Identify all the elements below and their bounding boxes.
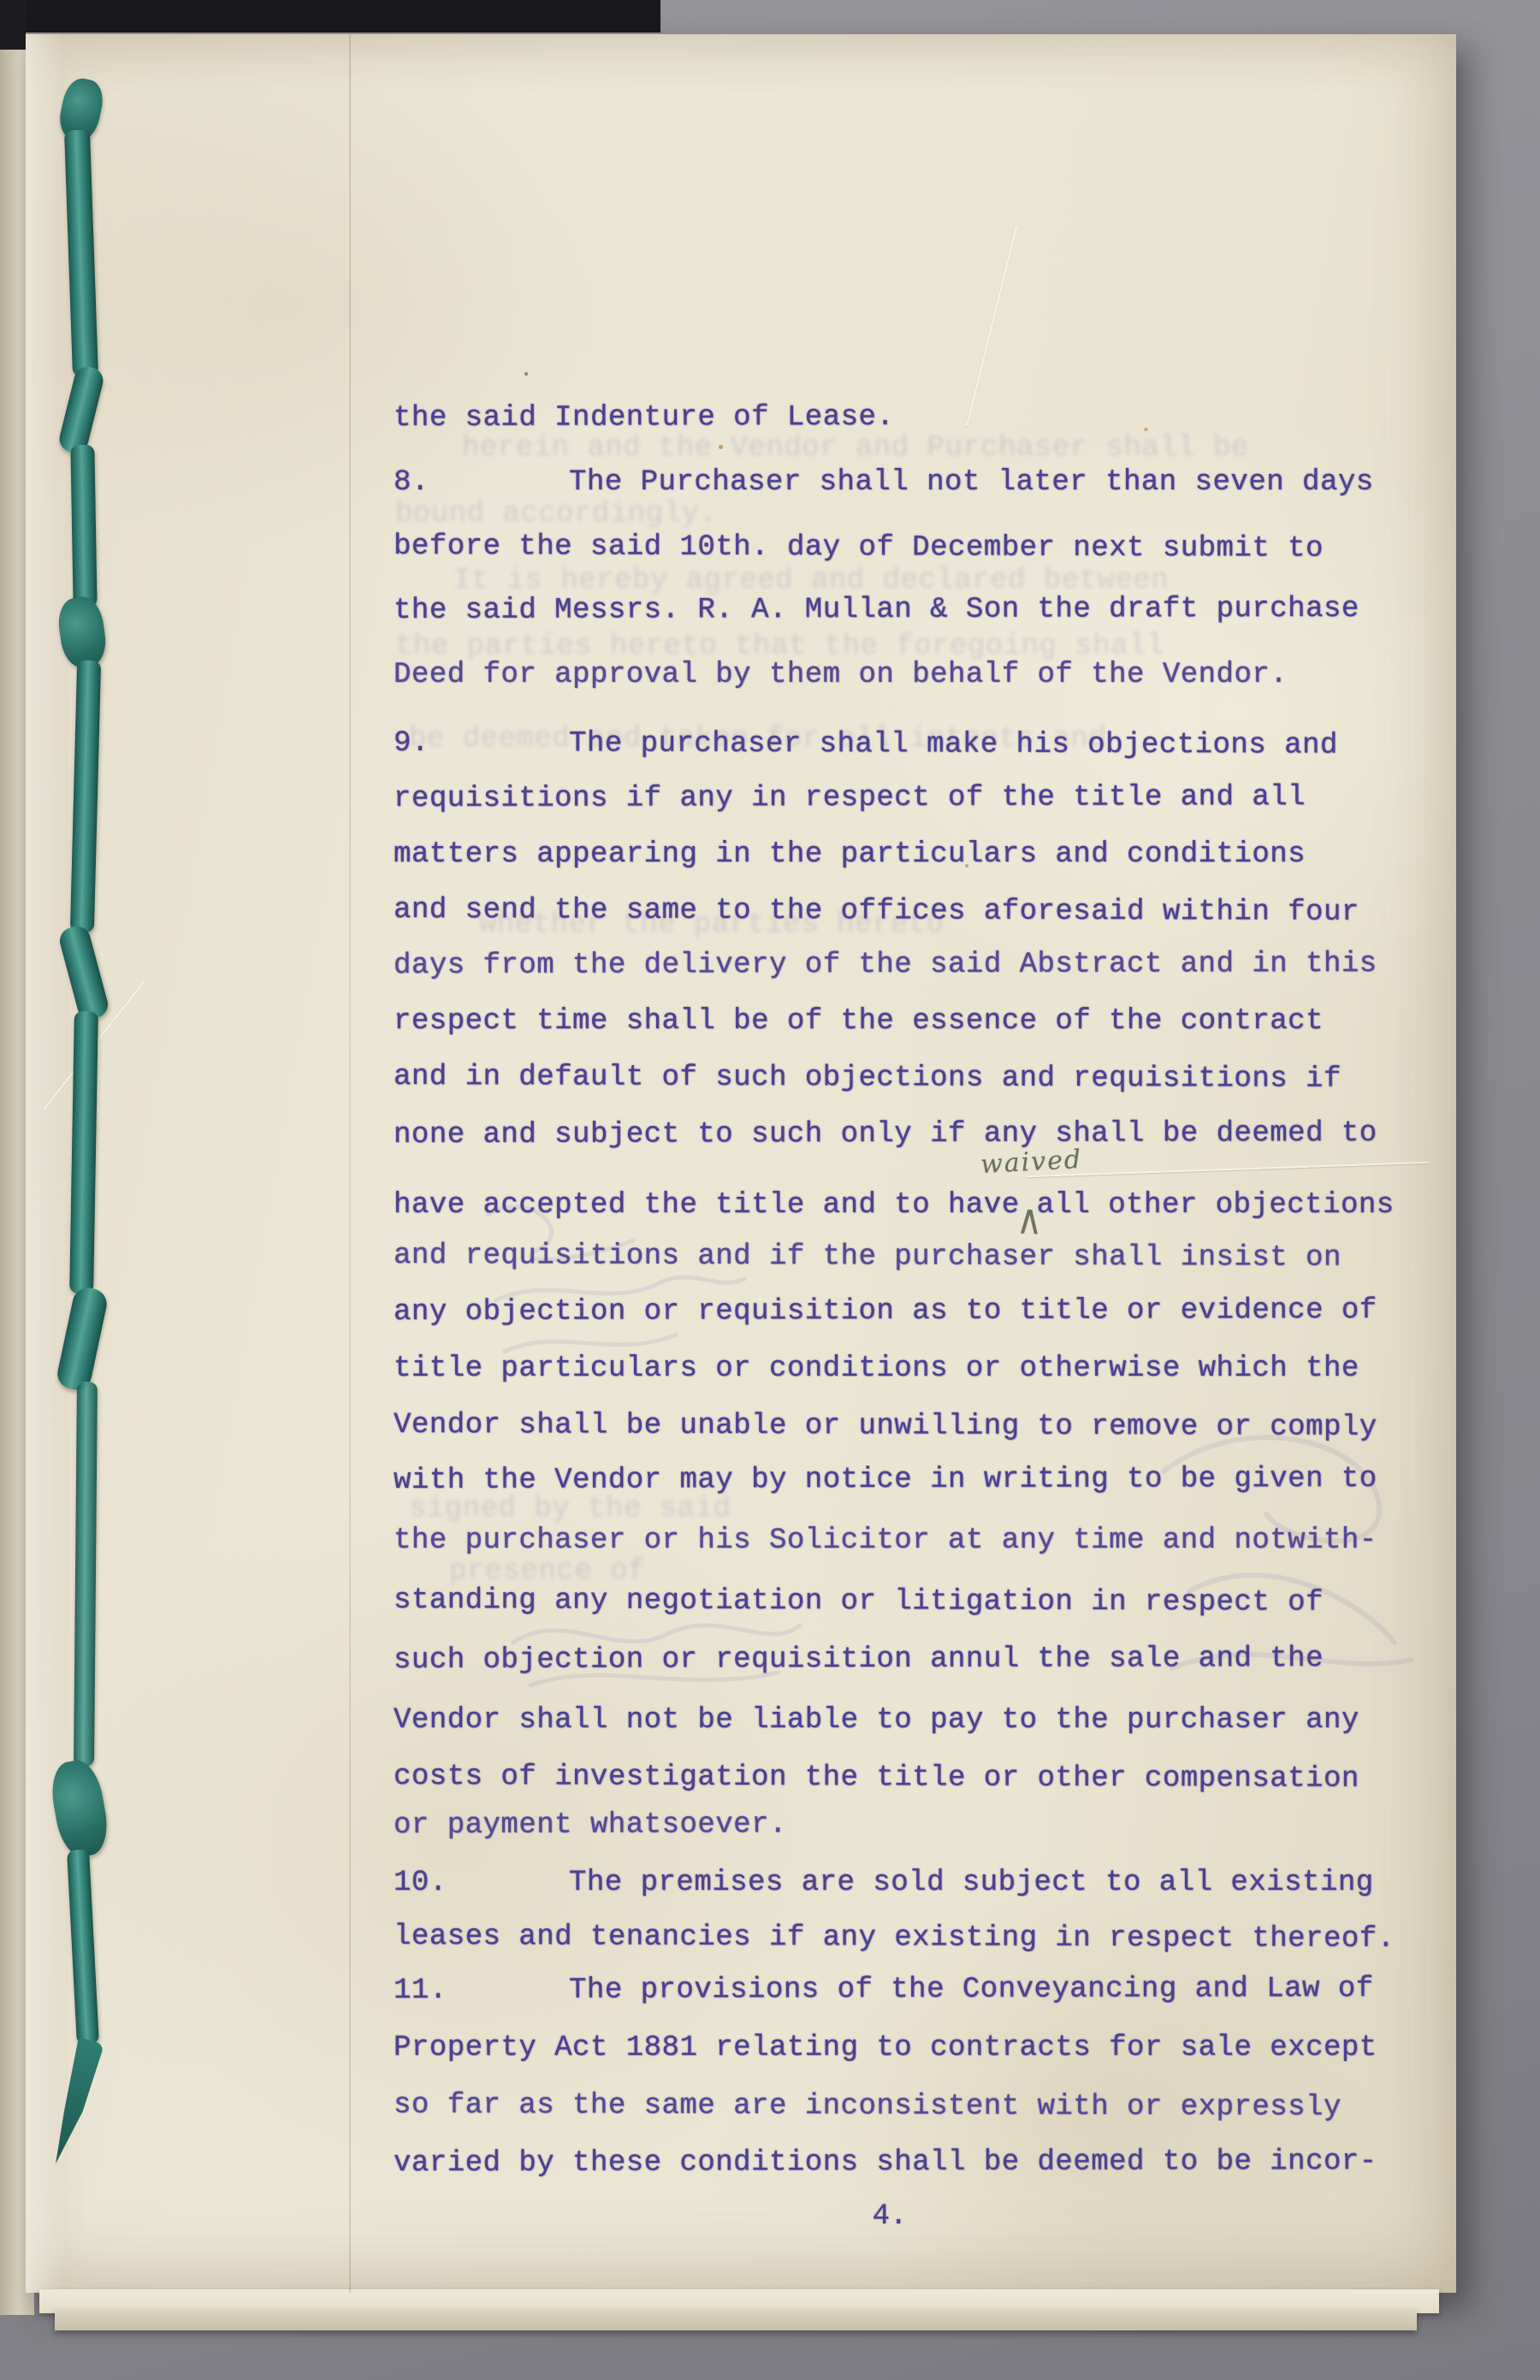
paper-speck bbox=[1144, 428, 1148, 431]
bleed-through-line: herein and the Vendor and Purchaser shal… bbox=[462, 432, 1249, 465]
document-line: leases and tenancies if any existing in … bbox=[394, 1921, 1395, 1956]
ribbon-segment bbox=[74, 1382, 98, 1767]
clause-number: 10. bbox=[394, 1867, 569, 1899]
handwritten-insert: waived bbox=[980, 1145, 1083, 1180]
ribbon-segment bbox=[69, 1011, 98, 1294]
document-line: 8.The Purchaser shall not later than sev… bbox=[394, 466, 1374, 499]
paper-left-highlight bbox=[26, 34, 65, 2293]
document-line: and send the same to the offices aforesa… bbox=[394, 894, 1359, 929]
document-line: the said Indenture of Lease. bbox=[394, 401, 894, 435]
document-line: so far as the same are inconsistent with… bbox=[394, 2089, 1342, 2124]
document-line: none and subject to such only if any sha… bbox=[394, 1117, 1377, 1152]
document-line: before the said 10th. day of December ne… bbox=[394, 530, 1324, 565]
paper-speck bbox=[524, 372, 528, 376]
document-line: requisitions if any in respect of the ti… bbox=[394, 781, 1306, 815]
clause-number: 8. bbox=[394, 466, 569, 499]
document-line: 9.The purchaser shall make his objection… bbox=[394, 727, 1338, 762]
bleed-through-line: It is hereby agreed and declared between bbox=[453, 565, 1169, 597]
document-line: and in default of such objections and re… bbox=[394, 1061, 1342, 1096]
document-line: Vendor shall not be liable to pay to the… bbox=[394, 1704, 1359, 1737]
document-line: any objection or requisition as to title… bbox=[394, 1294, 1377, 1329]
ribbon-segment bbox=[70, 445, 97, 607]
bleed-through-line: presence of bbox=[449, 1555, 646, 1588]
clause-number: 9. bbox=[394, 727, 569, 761]
scanned-document-photo: herein and the Vendor and Purchaser shal… bbox=[0, 0, 1540, 2380]
document-line: respect time shall be of the essence of … bbox=[394, 1005, 1324, 1038]
document-line: days from the delivery of the said Abstr… bbox=[394, 948, 1377, 982]
document-line: with the Vendor may by notice in writing… bbox=[394, 1463, 1377, 1497]
insert-caret: ∧waived bbox=[1020, 1183, 1037, 1212]
document-line: 10.The premises are sold subject to all … bbox=[394, 1867, 1374, 1899]
caret-glyph: ∧ bbox=[1016, 1199, 1044, 1241]
bleed-through-line: signed by the said bbox=[409, 1493, 731, 1525]
document-line: Vendor shall be unable or unwilling to r… bbox=[394, 1409, 1377, 1444]
document-line: Property Act 1881 relating to contracts … bbox=[394, 2032, 1377, 2064]
fold-line bbox=[349, 34, 351, 2293]
document-line: Deed for approval by them on behalf of t… bbox=[394, 659, 1288, 691]
document-line: costs of investigation the title or othe… bbox=[394, 1761, 1359, 1796]
document-line: the said Messrs. R. A. Mullan & Son the … bbox=[394, 593, 1359, 627]
document-line: matters appearing in the particulars and… bbox=[394, 838, 1306, 871]
page-number: 4. bbox=[394, 2200, 1386, 2233]
document-line: and requisitions and if the purchaser sh… bbox=[394, 1240, 1342, 1275]
document-line: the purchaser or his Solicitor at any ti… bbox=[394, 1525, 1377, 1557]
clause-number: 11. bbox=[394, 1974, 569, 2007]
document-line: varied by these conditions shall be deem… bbox=[394, 2146, 1377, 2180]
document-line: title particulars or conditions or other… bbox=[394, 1353, 1359, 1385]
document-line: such objection or requisition annul the … bbox=[394, 1643, 1324, 1677]
document-line: or payment whatsoever. bbox=[394, 1809, 787, 1842]
document-line: 11.The provisions of the Conveyancing an… bbox=[394, 1973, 1374, 2007]
document-line: standing any negotiation or litigation i… bbox=[394, 1584, 1324, 1619]
under-sheet-bottom-2 bbox=[55, 2310, 1417, 2330]
scan-edge-top bbox=[0, 0, 660, 33]
document-line: have accepted the title and to have∧waiv… bbox=[394, 1183, 1395, 1222]
bleed-through-line: bound accordingly. bbox=[395, 498, 717, 530]
